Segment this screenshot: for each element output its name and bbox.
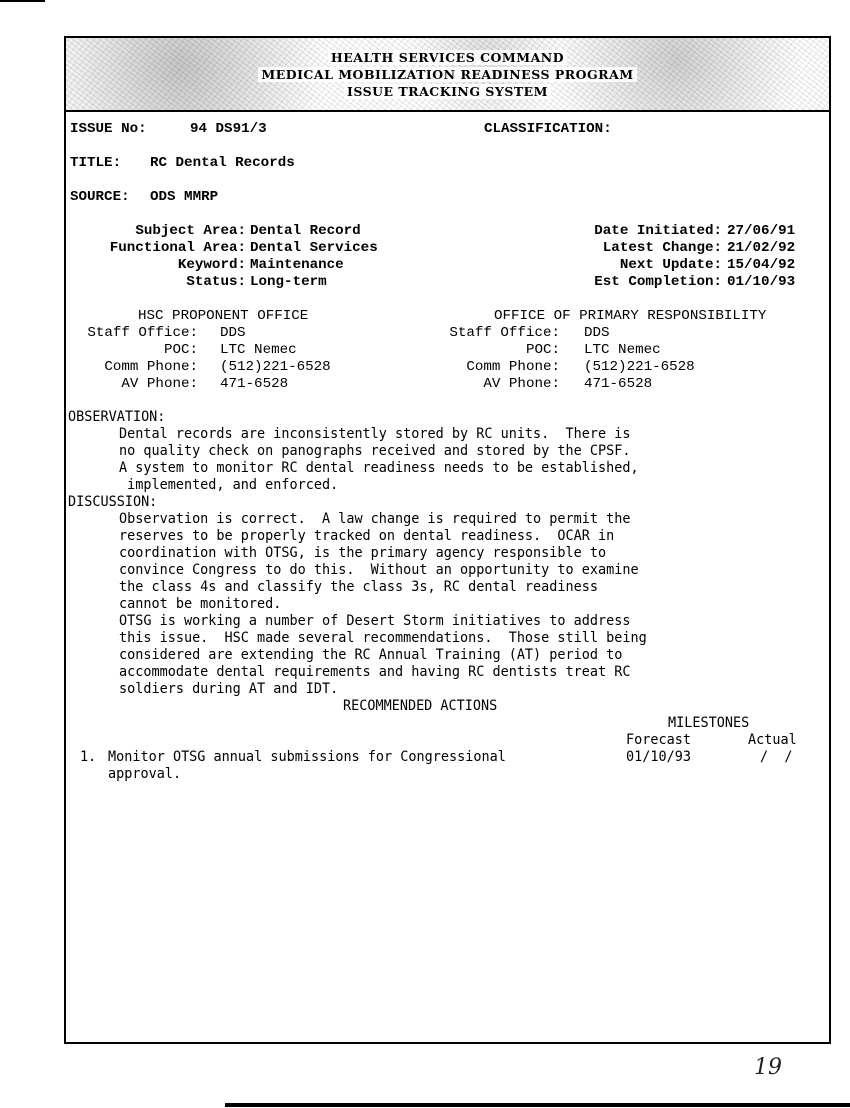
primary-staff-office-label: Staff Office: <box>426 325 560 342</box>
latest-change-label: Latest Change: <box>506 240 722 257</box>
status-label: Status: <box>66 274 246 291</box>
discussion-line: cannot be monitored. <box>119 596 281 613</box>
title-label: TITLE: <box>70 155 121 172</box>
source-value: ODS MMRP <box>150 189 218 206</box>
observation-line: implemented, and enforced. <box>119 477 338 494</box>
functional-area-value: Dental Services <box>250 240 378 257</box>
est-completion-value: 01/10/93 <box>727 274 795 291</box>
action-number: 1. <box>80 749 96 766</box>
discussion-line: coordination with OTSG, is the primary a… <box>119 545 606 562</box>
header-line-3: ISSUE TRACKING SYSTEM <box>66 84 829 99</box>
primary-poc-value: LTC Nemec <box>584 342 661 359</box>
primary-comm-phone-label: Comm Phone: <box>426 359 560 376</box>
discussion-line: OTSG is working a number of Desert Storm… <box>119 613 630 630</box>
milestones-label: MILESTONES <box>668 715 749 732</box>
discussion-line: soldiers during AT and IDT. <box>119 681 338 698</box>
issue-no-label: ISSUE No: <box>70 121 147 138</box>
discussion-line: this issue. HSC made several recommendat… <box>119 630 647 647</box>
action-text-continued: approval. <box>108 766 181 783</box>
proponent-poc-label: POC: <box>66 342 198 359</box>
action-actual-date: / / <box>760 749 792 766</box>
observation-line: A system to monitor RC dental readiness … <box>119 460 639 477</box>
functional-area-label: Functional Area: <box>66 240 246 257</box>
proponent-poc-value: LTC Nemec <box>220 342 297 359</box>
issue-form-frame: HEALTH SERVICES COMMAND MEDICAL MOBILIZA… <box>64 36 831 1044</box>
forecast-column-header: Forecast <box>626 732 691 749</box>
classification-label: CLASSIFICATION: <box>484 121 612 138</box>
action-forecast-date: 01/10/93 <box>626 749 691 766</box>
primary-av-phone-label: AV Phone: <box>426 376 560 393</box>
discussion-heading: DISCUSSION: <box>68 494 157 511</box>
scan-mark-top-left <box>0 0 45 2</box>
subject-area-label: Subject Area: <box>66 223 246 240</box>
est-completion-label: Est Completion: <box>506 274 722 291</box>
date-initiated-label: Date Initiated: <box>506 223 722 240</box>
discussion-line: accommodate dental requirements and havi… <box>119 664 630 681</box>
discussion-line: Observation is correct. A law change is … <box>119 511 630 528</box>
observation-line: Dental records are inconsistently stored… <box>119 426 630 443</box>
primary-comm-phone-value: (512)221-6528 <box>584 359 695 376</box>
proponent-staff-office-value: DDS <box>220 325 246 342</box>
observation-heading: OBSERVATION: <box>68 409 165 426</box>
handwritten-page-number: 19 <box>754 1055 782 1080</box>
header-line-1: HEALTH SERVICES COMMAND <box>66 50 829 65</box>
header-line-2: MEDICAL MOBILIZATION READINESS PROGRAM <box>66 67 829 82</box>
primary-poc-label: POC: <box>426 342 560 359</box>
proponent-comm-phone-value: (512)221-6528 <box>220 359 331 376</box>
recommended-actions-heading: RECOMMENDED ACTIONS <box>343 698 497 715</box>
status-value: Long-term <box>250 274 327 291</box>
form-header: HEALTH SERVICES COMMAND MEDICAL MOBILIZA… <box>66 38 829 112</box>
action-text: Monitor OTSG annual submissions for Cong… <box>108 749 506 766</box>
proponent-comm-phone-label: Comm Phone: <box>66 359 198 376</box>
next-update-value: 15/04/92 <box>727 257 795 274</box>
title-value: RC Dental Records <box>150 155 295 172</box>
observation-line: no quality check on panographs received … <box>119 443 630 460</box>
subject-area-value: Dental Record <box>250 223 361 240</box>
proponent-av-phone-label: AV Phone: <box>66 376 198 393</box>
latest-change-value: 21/02/92 <box>727 240 795 257</box>
discussion-line: the class 4s and classify the class 3s, … <box>119 579 598 596</box>
actual-column-header: Actual <box>748 732 797 749</box>
discussion-line: convince Congress to do this. Without an… <box>119 562 639 579</box>
proponent-office-heading: HSC PROPONENT OFFICE <box>138 308 308 325</box>
keyword-label: Keyword: <box>66 257 246 274</box>
date-initiated-value: 27/06/91 <box>727 223 795 240</box>
proponent-av-phone-value: 471-6528 <box>220 376 288 393</box>
discussion-line: reserves to be properly tracked on denta… <box>119 528 614 545</box>
proponent-staff-office-label: Staff Office: <box>66 325 198 342</box>
scan-mark-bottom <box>225 1103 850 1107</box>
discussion-line: considered are extending the RC Annual T… <box>119 647 622 664</box>
primary-staff-office-value: DDS <box>584 325 610 342</box>
issue-no-value: 94 DS91/3 <box>190 121 267 138</box>
primary-av-phone-value: 471-6528 <box>584 376 652 393</box>
source-label: SOURCE: <box>70 189 130 206</box>
next-update-label: Next Update: <box>506 257 722 274</box>
primary-office-heading: OFFICE OF PRIMARY RESPONSIBILITY <box>494 308 766 325</box>
keyword-value: Maintenance <box>250 257 344 274</box>
